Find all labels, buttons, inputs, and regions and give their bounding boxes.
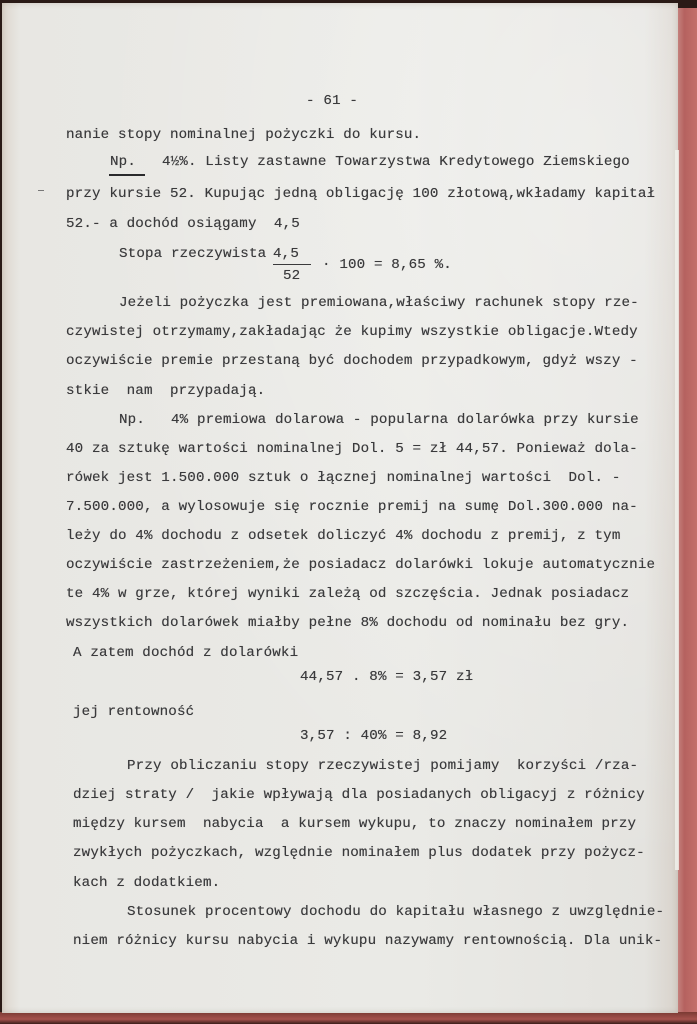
text-line: między kursem nabycia a kursem wykupu, t… (73, 816, 636, 832)
text-line: kach z dodatkiem. (73, 875, 220, 891)
formula-label: Stopa rzeczywista (119, 246, 266, 262)
text-line: jej rentowność (73, 704, 194, 720)
fraction-numerator: 4,5 (273, 246, 299, 262)
text-line: Np. 4½%. Listy zastawne Towarzystwa Kred… (110, 154, 630, 170)
text-line: czywistej otrzymamy,zakładając że kupimy… (66, 324, 638, 340)
text-line: oczywiście zastrzeżeniem,że posiadacz do… (66, 557, 655, 573)
fraction-denominator: 52 (283, 268, 300, 284)
text-line: Przy obliczaniu stopy rzeczywistej pomij… (127, 758, 638, 774)
text-line: te 4% w grze, której wyniki zależą od sz… (66, 586, 629, 602)
text-line: niem różnicy kursu nabycia i wykupu nazy… (73, 933, 662, 949)
fraction-bar (273, 264, 311, 265)
text-line: 40 za sztukę wartości nominalnej Dol. 5 … (66, 441, 638, 457)
text-line: Stosunek procentowy dochodu do kapitału … (127, 904, 664, 920)
text-line: 52.- a dochód osiągamy 4,5 (66, 216, 300, 232)
text-line: dziej straty / jakie wpływają dla posiad… (73, 787, 645, 803)
text-line: zwykłych pożyczkach, względnie nominałem… (73, 845, 645, 861)
margin-mark (38, 190, 44, 191)
text-line: przy kursie 52. Kupując jedną obligację … (66, 186, 655, 202)
text-line: stkie nam przypadają. (66, 383, 265, 399)
book-binding-edge (676, 8, 697, 1016)
text-line: oczywiście premie przestaną być dochodem… (66, 353, 638, 369)
document-page: - 61 - nanie stopy nominalnej pożyczki d… (2, 3, 678, 1013)
formula-result: · 100 = 8,65 %. (322, 257, 452, 273)
text-line: 7.500.000, a wylosowuje się rocznie prem… (66, 499, 638, 515)
page-number: - 61 - (306, 93, 358, 109)
text-line: wszystkich dolarówek miałby pełne 8% doc… (66, 615, 629, 631)
equation-line: 44,57 . 8% = 3,57 zł (300, 669, 473, 685)
text-line: nanie stopy nominalnej pożyczki do kursu… (66, 127, 421, 143)
book-binding-bottom (0, 1012, 697, 1024)
page-edge (675, 150, 679, 870)
text-line: leży do 4% dochodu z odsetek doliczyć 4%… (66, 528, 621, 544)
text-line: A zatem dochód z dolarówki (73, 645, 298, 661)
text-line: Np. 4% premiowa dolarowa - popularna dol… (119, 412, 639, 428)
equation-line: 3,57 : 40% = 8,92 (300, 728, 447, 744)
np-underline (109, 174, 145, 176)
text-line: Jeżeli pożyczka jest premiowana,właściwy… (119, 295, 639, 311)
text-line: rówek jest 1.500.000 sztuk o łącznej nom… (66, 470, 621, 486)
